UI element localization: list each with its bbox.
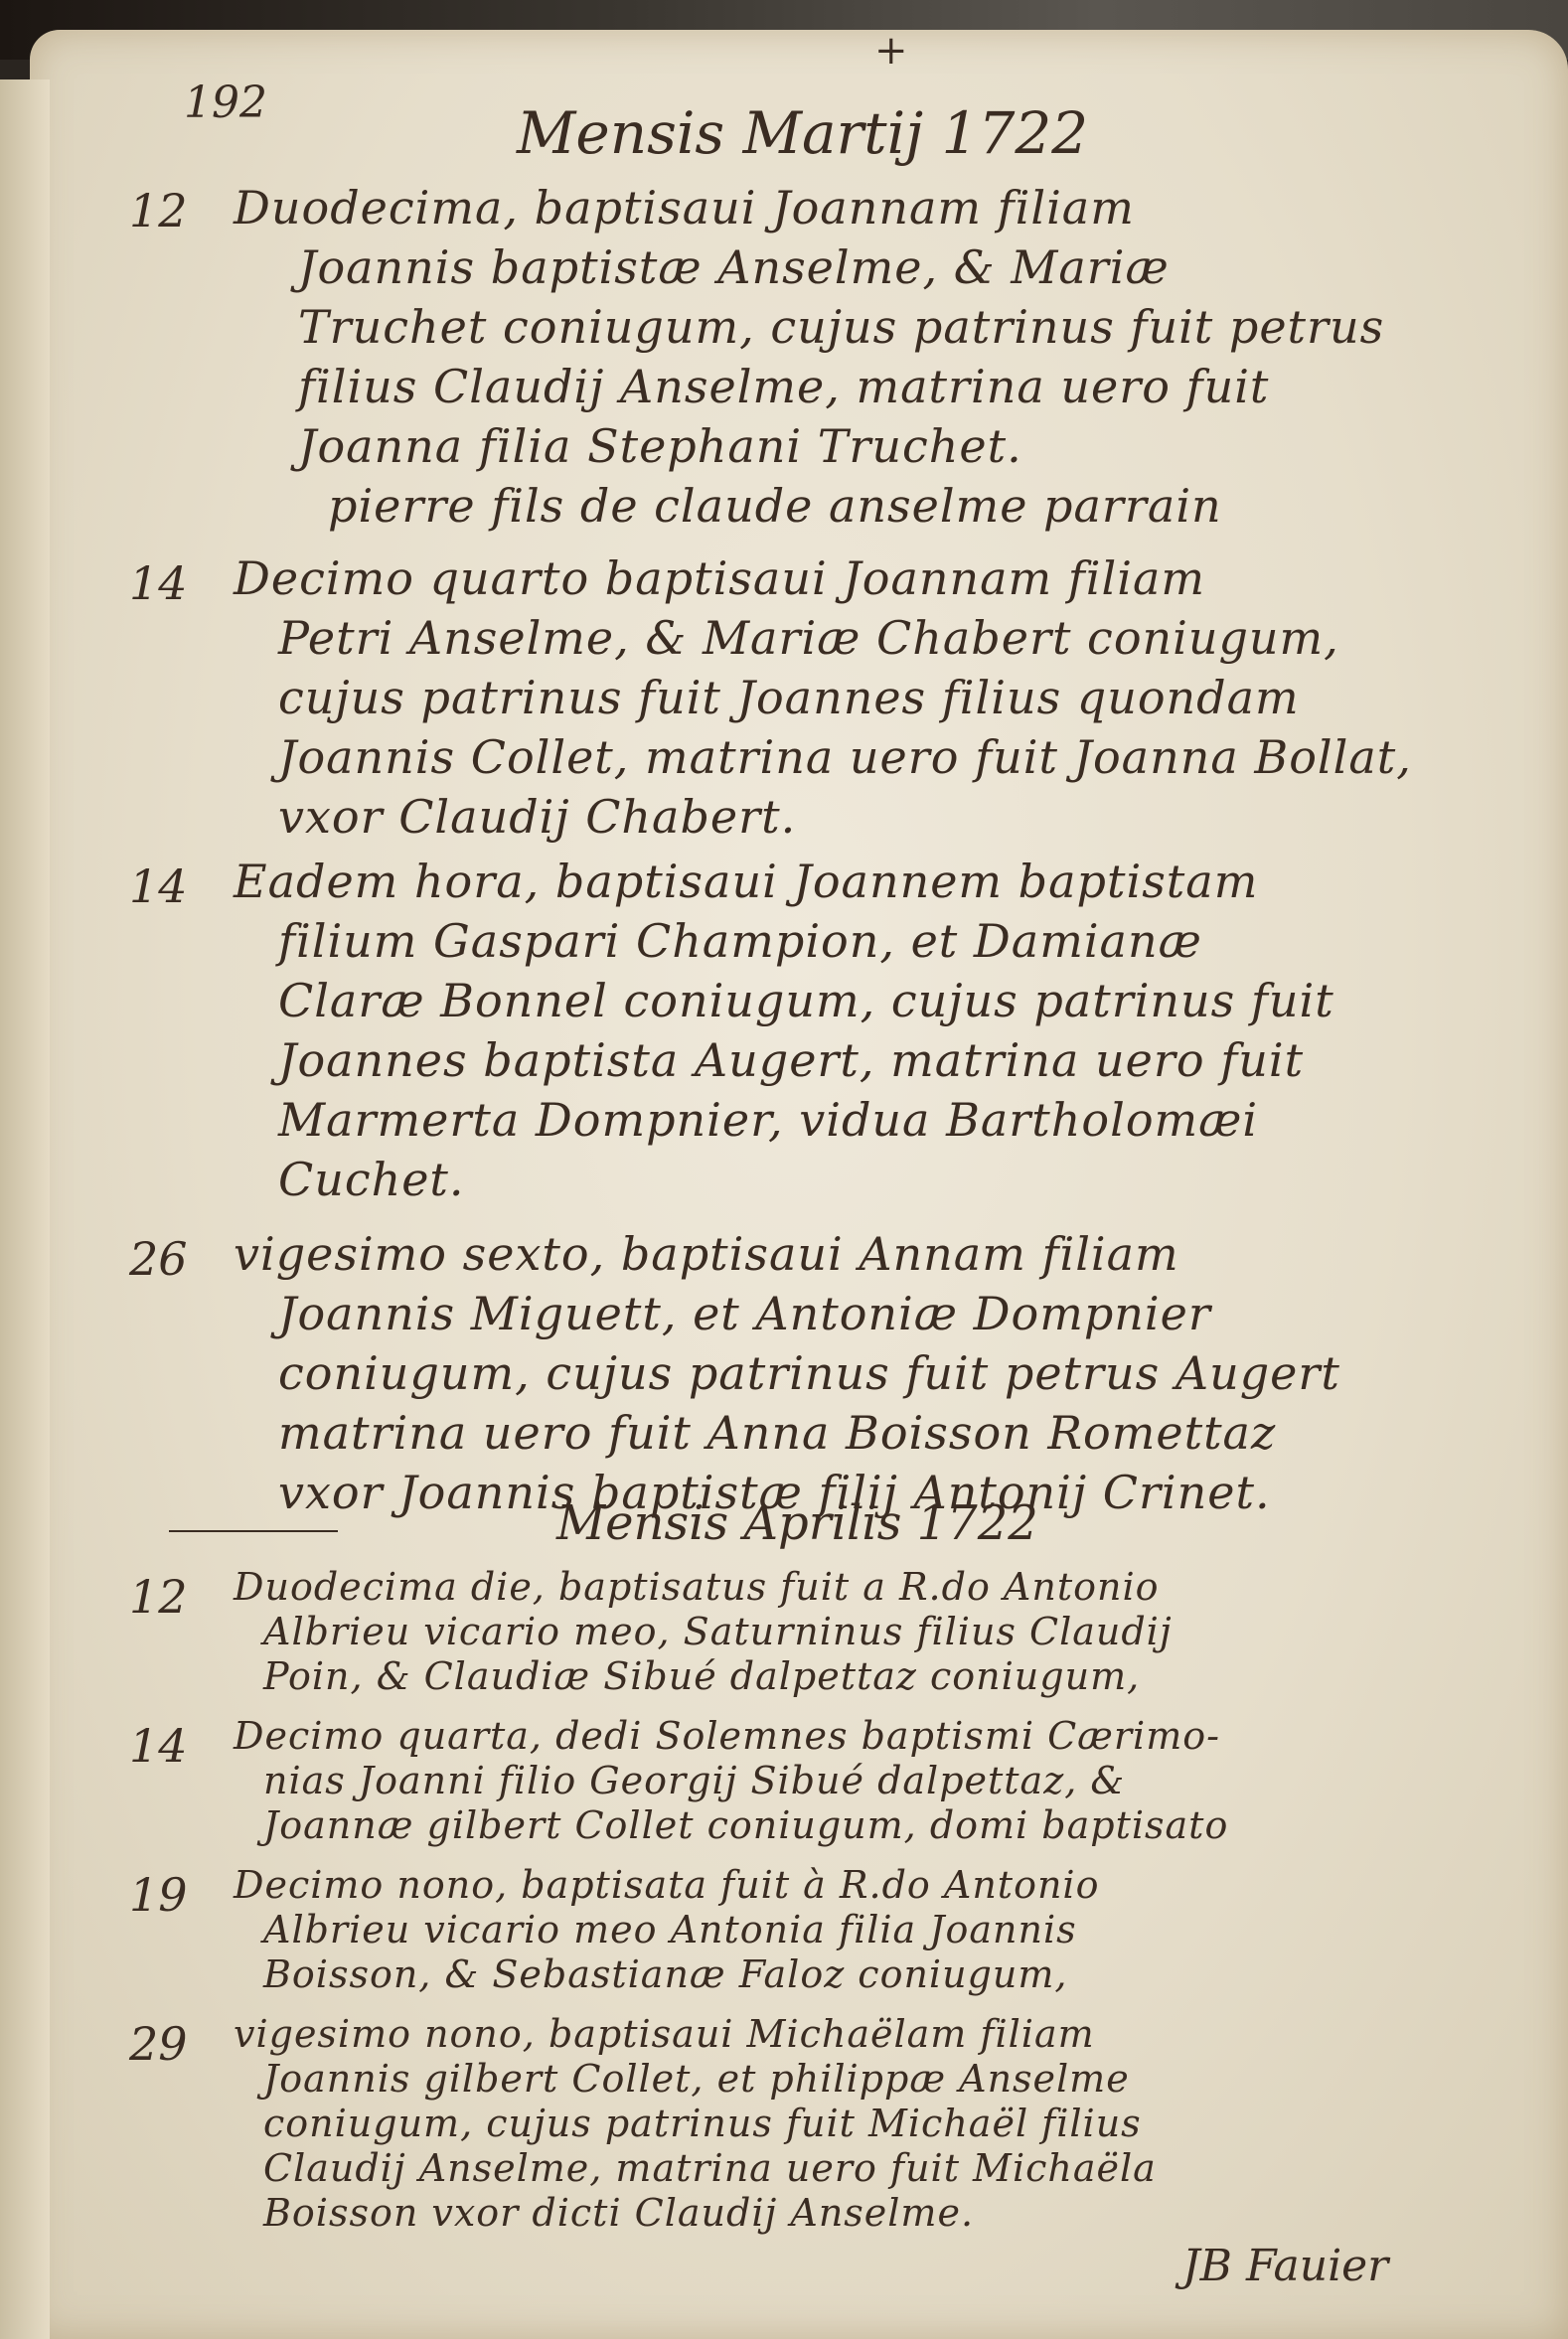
entry-line: Claudij Anselme, matrina uero fuit Micha… [263,2146,1157,2190]
entry-line: Decimo nono, baptisata fuit à R.do Anton… [234,1863,1099,1907]
entry-line: Joannes baptista Augert, matrina uero fu… [278,1033,1304,1087]
entry-day: 29 [129,2017,188,2071]
entry-day: 12 [129,184,188,237]
entry-line: Cuchet. [278,1153,465,1206]
entry-day: 14 [129,556,188,610]
entry-line: Duodecima die, baptisatus fuit a R.do An… [234,1565,1160,1609]
divider-rule [169,1530,338,1532]
entry-line: Eadem hora, baptisaui Joannem baptistam [234,855,1258,908]
entry-line: Truchet coniugum, cujus patrinus fuit pe… [298,300,1384,354]
entry-line: matrina uero fuit Anna Boisson Romettaz [278,1406,1276,1460]
entry-line: Claræ Bonnel coniugum, cujus patrinus fu… [278,974,1334,1027]
entry-line: coniugum, cujus patrinus fuit Michaël fi… [263,2102,1142,2145]
entry-line: Marmerta Dompnier, vidua Bartholomæi [278,1093,1258,1147]
entry-line: vigesimo nono, baptisaui Michaëlam filia… [234,2012,1095,2056]
entry-line: Joannis Collet, matrina uero fuit Joanna… [278,730,1412,784]
entry-line: Joannis Miguett, et Antoniæ Dompnier [278,1287,1211,1340]
entry-line: nias Joanni filio Georgij Sibué dalpetta… [263,1759,1125,1802]
signature: JB Fauier [1182,2241,1388,2291]
entry-line: pierre fils de claude anselme parrain [328,479,1222,533]
entry-line: coniugum, cujus patrinus fuit petrus Aug… [278,1346,1340,1400]
entry-line: vigesimo sexto, baptisaui Annam filiam [234,1227,1179,1281]
entry-day: 14 [129,859,188,913]
entry-day: 19 [129,1868,188,1922]
month-heading-april: Mensis Aprilis 1722 [556,1495,1038,1551]
entry-line: Duodecima, baptisaui Joannam filiam [234,181,1135,234]
cross-mark: + [874,28,908,74]
month-heading-march: Mensis Martij 1722 [517,99,1088,167]
page-number: 192 [184,78,267,128]
entry-line: filium Gaspari Champion, et Damianæ [278,914,1202,968]
entry-line: Joanna filia Stephani Truchet. [298,419,1022,473]
entry-line: Decimo quarto baptisaui Joannam filiam [234,551,1205,605]
entry-line: Joannis gilbert Collet, et philippæ Anse… [263,2057,1130,2101]
entry-line: vxor Claudij Chabert. [278,790,796,844]
entry-line: cujus patrinus fuit Joannes filius quond… [278,671,1300,724]
entry-day: 14 [129,1719,188,1773]
entry-line: Albrieu vicario meo Antonia filia Joanni… [263,1908,1077,1951]
entry-line: Boisson, & Sebastianæ Faloz coniugum, [263,1952,1067,1996]
page-spine [0,79,50,2339]
entry-line: Petri Anselme, & Mariæ Chabert coniugum, [278,611,1339,665]
entry-line: Albrieu vicario meo, Saturninus filius C… [263,1610,1173,1653]
entry-line: filius Claudij Anselme, matrina uero fui… [298,360,1269,413]
entry-day: 12 [129,1570,188,1624]
entry-line: Boisson vxor dicti Claudij Anselme. [263,2191,974,2235]
entry-line: Joannæ gilbert Collet coniugum, domi bap… [263,1803,1228,1847]
entry-line: Poin, & Claudiæ Sibué dalpettaz coniugum… [263,1654,1140,1698]
entry-line: Decimo quarta, dedi Solemnes baptismi Cæ… [234,1714,1220,1758]
entry-line: Joannis baptistæ Anselme, & Mariæ [298,240,1170,294]
entry-day: 26 [129,1232,188,1286]
